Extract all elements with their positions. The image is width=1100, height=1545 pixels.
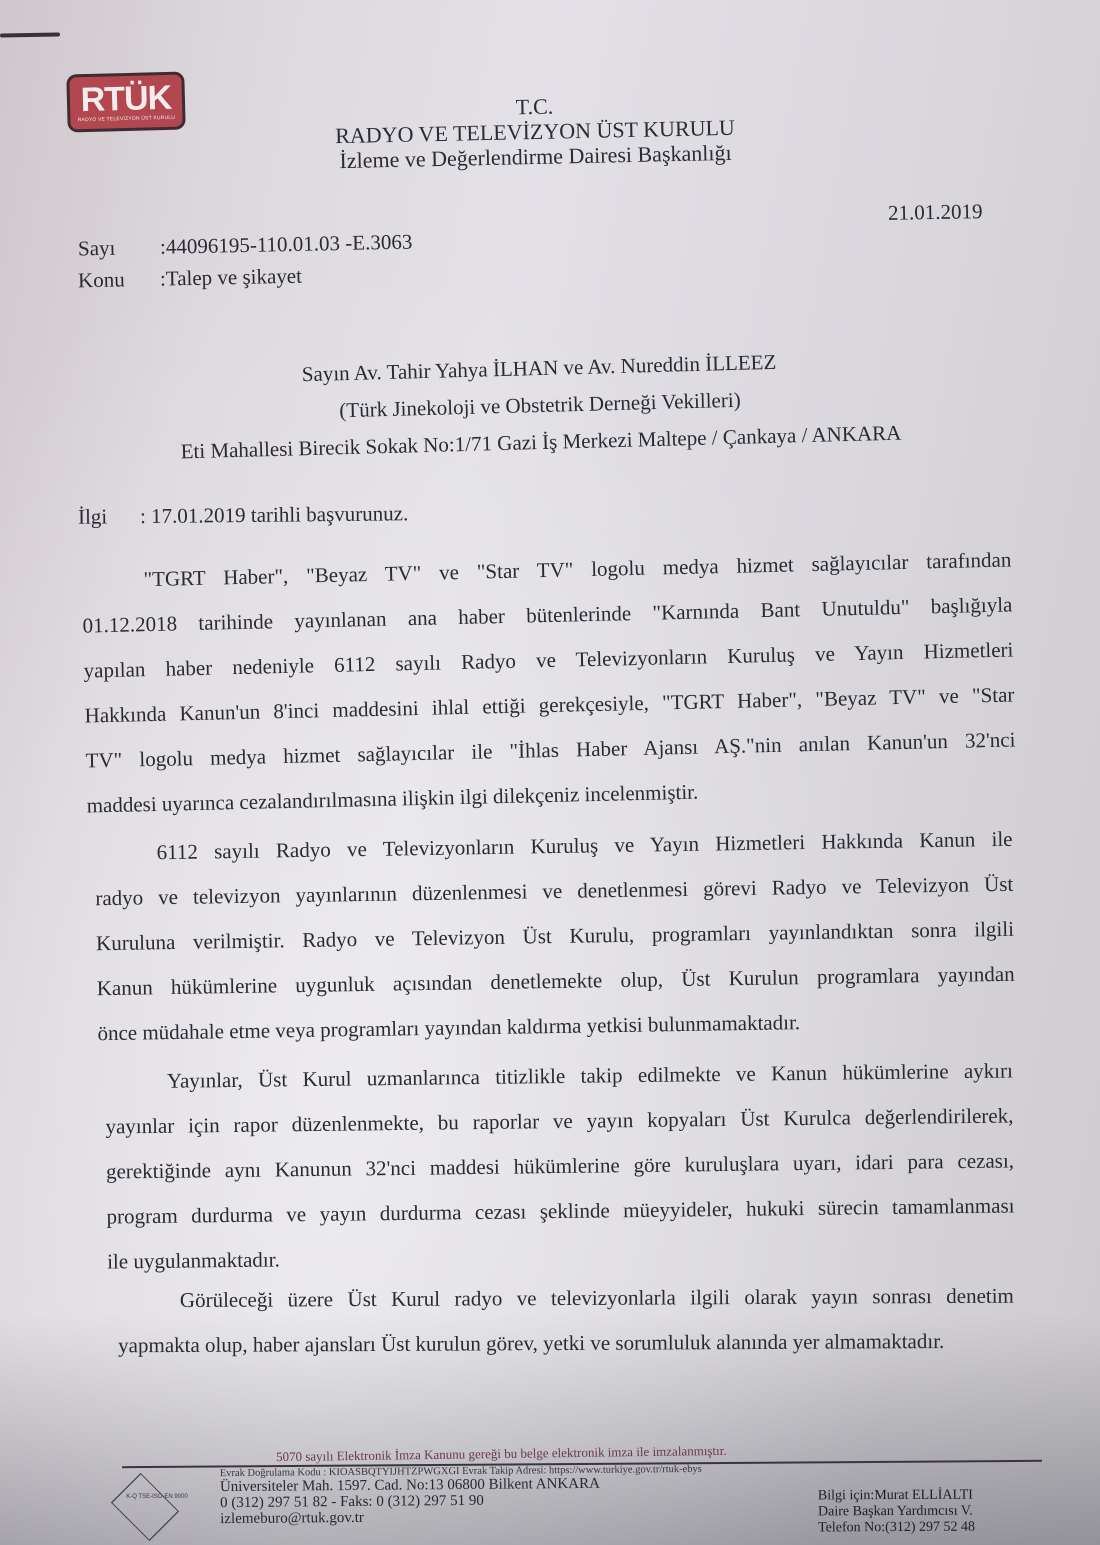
paragraph-line: yapmakta olup, haber ajansları Üst kurul… [118,1319,1014,1369]
logo-subtitle: RADYO VE TELEVİZYON ÜST KURULU [78,114,176,123]
footer-contact: Evrak Doğrulama Kodu : KIOASBQTYIJHTZPWG… [220,1464,703,1527]
corner-pen-mark [0,32,60,37]
paragraph-1: "TGRT Haber", "Beyaz TV" ve "Star TV" lo… [81,537,1017,828]
rtuk-logo: RTÜK RADYO VE TELEVİZYON ÜST KURULU [66,71,185,132]
konu-value: :Talep ve şikayet [160,264,302,291]
sayi-label: Sayı [78,235,161,262]
document-date: 21.01.2019 [888,199,983,226]
sayi-row: Sayı:44096195-110.01.03 -E.3063 [78,230,413,262]
konu-label: Konu [78,267,161,294]
ilgi-label: İlgi [78,504,140,530]
footer-email: izlemeburo@rtuk.gov.tr [220,1507,702,1527]
contact-title: Daire Başkan Yardımcısı V. [818,1504,975,1521]
paragraph-line: Görüleceği üzere Üst Kurul radyo ve tele… [118,1274,1014,1324]
tse-iso-badge-text: K-Q TSE-ISO-EN 9000 [122,1494,192,1501]
tse-iso-badge-icon [111,1473,179,1541]
paragraph-4: Görüleceği üzere Üst Kurul radyo ve tele… [118,1274,1014,1369]
paragraph-3: Yayınlar, Üst Kurul uzmanlarınca titizli… [105,1048,1016,1284]
logo-text: RTÜK [80,81,171,115]
contact-name: Bilgi için:Murat ELLİALTI [818,1488,975,1505]
addressee-block: Sayın Av. Tahir Yahya İLHAN ve Av. Nured… [139,340,942,472]
letterhead: T.C. RADYO VE TELEVİZYON ÜST KURULU İzle… [299,89,770,174]
paragraph-2: 6112 sayılı Radyo ve Televizyonların Kur… [94,817,1015,1056]
ilgi-row: İlgi: 17.01.2019 tarihli başvurunuz. [78,501,409,529]
sayi-value: :44096195-110.01.03 -E.3063 [160,230,413,259]
ilgi-value: : 17.01.2019 tarihli başvurunuz. [140,501,409,528]
konu-row: Konu:Talep ve şikayet [78,264,302,294]
footer-info-contact: Bilgi için:Murat ELLİALTI Daire Başkan Y… [818,1488,975,1537]
contact-phone: Telefon No:(312) 297 52 48 [818,1520,975,1537]
